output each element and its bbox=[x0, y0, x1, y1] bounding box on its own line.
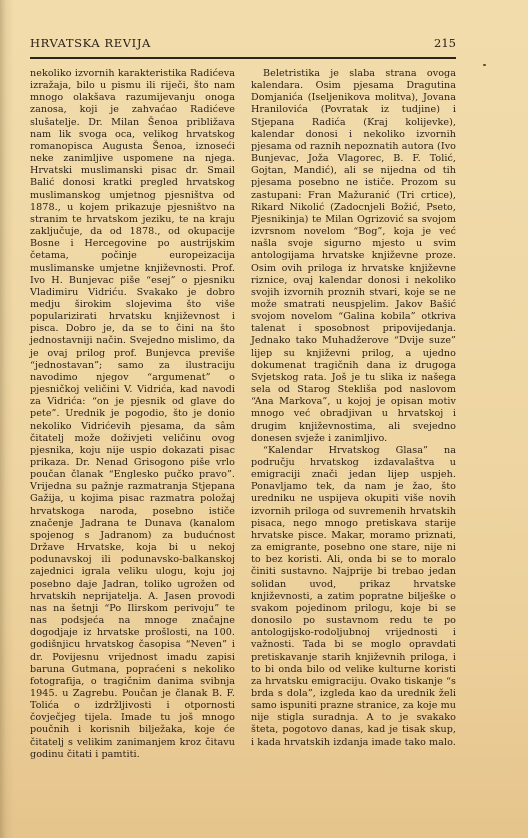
running-title: HRVATSKA REVIJA bbox=[30, 36, 151, 50]
left-column: nekoliko izvornih karakteristika Radićev… bbox=[30, 68, 235, 761]
header-rule bbox=[30, 57, 456, 59]
page-header: HRVATSKA REVIJA 215 bbox=[30, 36, 456, 56]
left-paragraph-1: nekoliko izvornih karakteristika Radićev… bbox=[30, 68, 235, 761]
text-columns: nekoliko izvornih karakteristika Radićev… bbox=[30, 68, 456, 761]
right-paragraph-1: Beletristika je slaba strana ovoga kalen… bbox=[251, 68, 456, 445]
print-speck bbox=[483, 64, 486, 66]
page-number: 215 bbox=[434, 36, 456, 50]
magazine-page: HRVATSKA REVIJA 215 nekoliko izvornih ka… bbox=[0, 0, 528, 838]
right-paragraph-2: “Kalendar Hrvatskog Glasa” na području h… bbox=[251, 445, 456, 749]
right-column: Beletristika je slaba strana ovoga kalen… bbox=[251, 68, 456, 761]
